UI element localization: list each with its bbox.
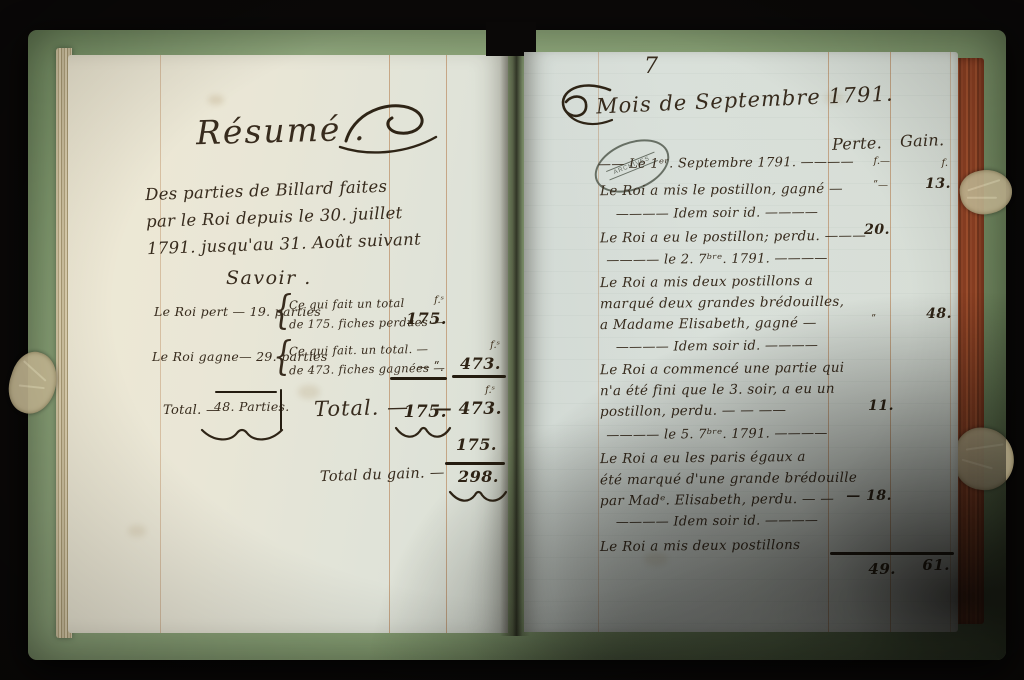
photo-shadow-overlay	[28, 30, 1006, 660]
ledger-photo: Résumé . Des parties de Billard faites p…	[0, 0, 1024, 680]
